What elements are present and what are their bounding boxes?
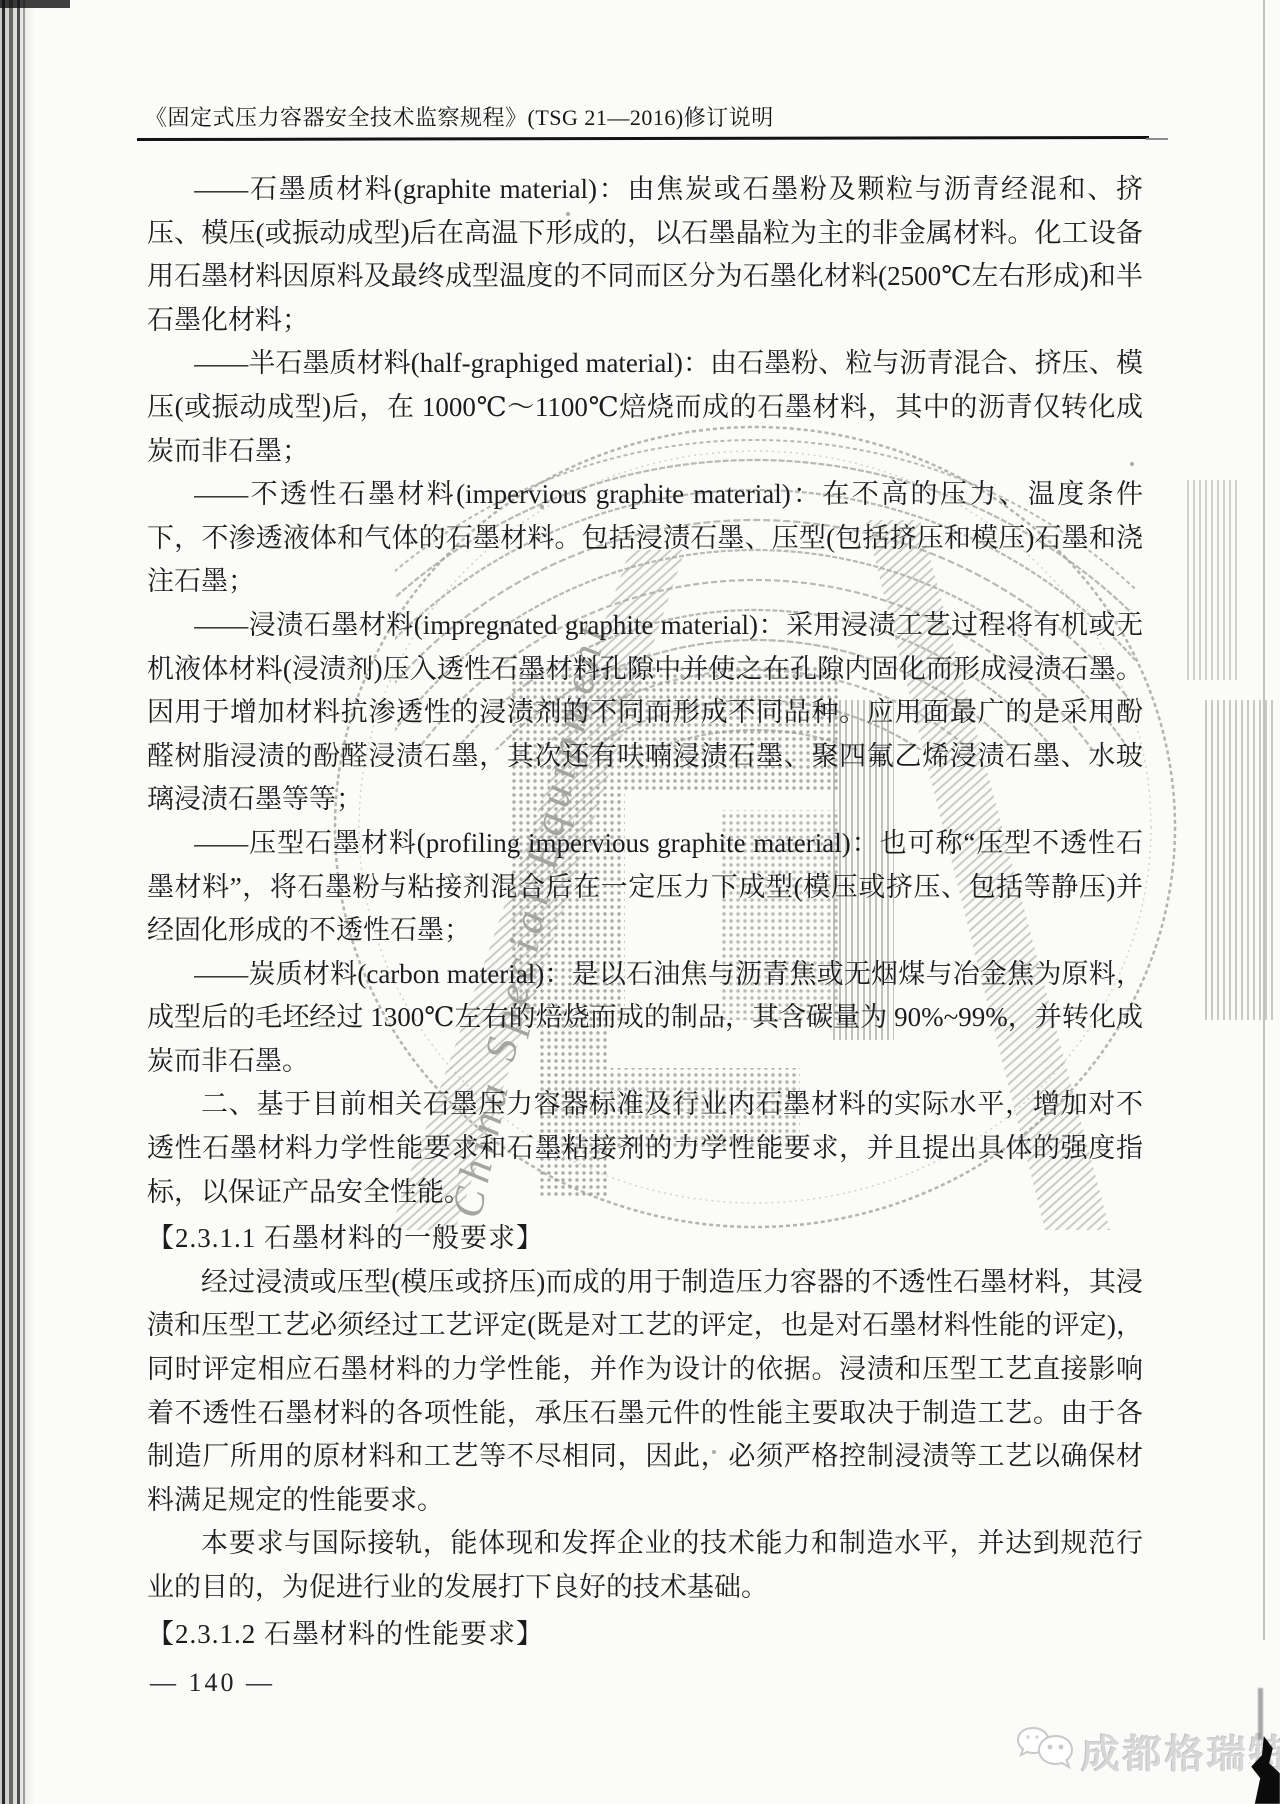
paragraph-item-two: 二、基于目前相关石墨压力容器标准及行业内石墨材料的实际水平，增加对不透性石墨材料…: [147, 1083, 1143, 1214]
header-rule: [137, 136, 1149, 141]
paragraph-half-graphiged-material: ——半石墨质材料(half-graphiged material)：由石墨粉、粒…: [147, 342, 1143, 473]
paragraph-international-standard: 本要求与国际接轨，能体现和发挥企业的技术能力和制造水平，并达到规范行业的目的，为…: [147, 1522, 1143, 1609]
wechat-icon: [1015, 1722, 1077, 1772]
ink-streak: [1258, 1688, 1263, 1740]
paragraph-profiling-graphite: ——压型石墨材料(profiling impervious graphite m…: [147, 822, 1143, 953]
heading-2-3-1-2: 【2.3.1.2 石墨材料的性能要求】: [147, 1613, 1143, 1657]
paragraph-carbon-material: ——炭质材料(carbon material)：是以石油焦与沥青焦或无烟煤与冶金…: [147, 953, 1143, 1084]
scan-streak: [2, 0, 5, 1804]
scan-streak: [9, 0, 13, 1804]
heading-2-3-1-1: 【2.3.1.1 石墨材料的一般要求】: [147, 1217, 1143, 1261]
paragraph-impregnated-graphite: ——浸渍石墨材料(impregnated graphite material)：…: [147, 604, 1143, 822]
paragraph-graphite-material: ——石墨质材料(graphite material)：由焦炭或石墨粉及颗粒与沥青…: [147, 168, 1143, 342]
page-header-title: 《固定式压力容器安全技术监察规程》(TSG 21—2016)修订说明: [145, 101, 1045, 132]
header-rule-tail: [1146, 138, 1168, 140]
document-body: ——石墨质材料(graphite material)：由焦炭或石墨粉及颗粒与沥青…: [147, 168, 1143, 1656]
paragraph-impervious-graphite: ——不透性石墨材料(impervious graphite material)：…: [147, 473, 1143, 604]
brand-name: 成都格瑞特: [1081, 1724, 1280, 1780]
top-scan-smudge: [0, 0, 70, 8]
right-scan-line: [1263, 0, 1265, 1640]
page-number: — 140 —: [150, 1668, 275, 1698]
left-scan-streaks: [0, 0, 30, 1804]
scan-streak: [23, 0, 25, 1804]
paragraph-process-qualification: 经过浸渍或压型(模压或挤压)而成的用于制造压力容器的不透性石墨材料，其浸渍和压型…: [147, 1261, 1143, 1523]
scanned-document-page: { "page": { "header": { "title": "《固定式压力…: [0, 0, 1280, 1804]
scan-streak: [17, 0, 20, 1804]
brand-watermark: 成都格瑞特: [1015, 1716, 1265, 1780]
